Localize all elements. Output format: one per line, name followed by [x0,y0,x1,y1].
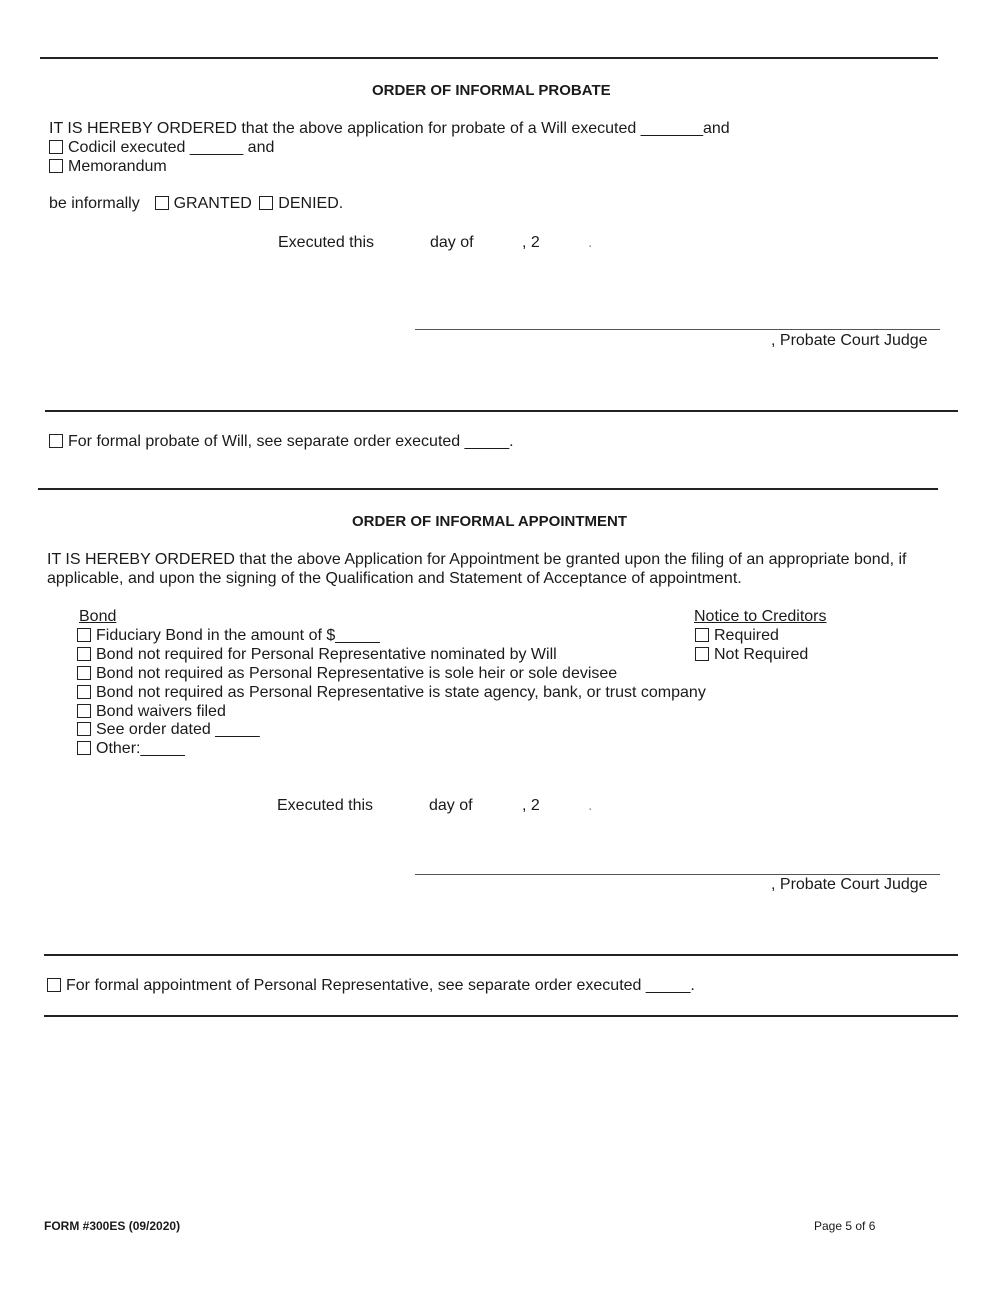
memorandum-option[interactable]: Memorandum [49,158,167,176]
granted-checkbox[interactable] [155,196,169,210]
bottom-divider [44,1015,958,1017]
formal-probate-checkbox[interactable] [49,434,63,448]
appointment-divider [44,954,958,956]
formal-probate-label: For formal probate of Will, see separate… [68,433,514,450]
bond-checkbox[interactable] [77,722,91,736]
formal-appointment-option[interactable]: For formal appointment of Personal Repre… [47,977,695,995]
appointment-year-prefix: , 2 [522,797,540,815]
probate-section-title: ORDER OF INFORMAL PROBATE [372,82,611,99]
notice-option[interactable]: Required [695,627,779,645]
appointment-period: . [588,797,592,815]
notice-option-label: Not Required [714,646,808,663]
top-divider [40,57,938,59]
page-number: Page 5 of 6 [814,1219,875,1233]
bond-option-label: Other:_____ [96,740,185,757]
bond-heading: Bond [79,608,116,626]
formal-appointment-checkbox[interactable] [47,978,61,992]
appointment-ordered-line-2: applicable, and upon the signing of the … [47,570,742,588]
bond-option-label: Bond not required for Personal Represent… [96,646,557,663]
bond-option[interactable]: Bond not required as Personal Representa… [77,665,617,683]
section-divider [38,488,938,490]
notice-option-label: Required [714,627,779,644]
codicil-option[interactable]: Codicil executed ______ and [49,139,274,157]
bond-option[interactable]: Other:_____ [77,740,185,758]
granted-label: GRANTED [174,195,252,212]
be-informally-label: be informally [49,195,140,212]
appointment-section-title: ORDER OF INFORMAL APPOINTMENT [352,513,627,530]
probate-executed-this: Executed this [278,234,374,252]
probate-year-prefix: , 2 [522,234,540,252]
denied-checkbox[interactable] [259,196,273,210]
probate-period: . [588,234,592,252]
bond-option-label: Bond not required as Personal Representa… [96,665,617,682]
codicil-label: Codicil executed ______ and [68,139,274,156]
memorandum-label: Memorandum [68,158,167,175]
notice-option[interactable]: Not Required [695,646,808,664]
denied-label: DENIED. [278,195,343,212]
bond-checkbox[interactable] [77,704,91,718]
bond-checkbox[interactable] [77,666,91,680]
bond-checkbox[interactable] [77,685,91,699]
bond-option[interactable]: Fiduciary Bond in the amount of $_____ [77,627,380,645]
probate-divider [45,410,958,412]
bond-checkbox[interactable] [77,628,91,642]
bond-option[interactable]: Bond not required for Personal Represent… [77,646,557,664]
probate-judge-label: , Probate Court Judge [771,332,928,350]
appointment-judge-label: , Probate Court Judge [771,876,928,894]
probate-decision-line: be informally GRANTED DENIED. [49,195,343,213]
appointment-day-of: day of [429,797,473,815]
bond-option[interactable]: Bond not required as Personal Representa… [77,684,706,702]
appointment-executed-this: Executed this [277,797,373,815]
bond-option-label: Bond not required as Personal Representa… [96,684,706,701]
codicil-checkbox[interactable] [49,140,63,154]
notice-heading: Notice to Creditors [694,608,827,626]
bond-option-label: See order dated _____ [96,721,260,738]
bond-option[interactable]: See order dated _____ [77,721,260,739]
appointment-judge-signature-line[interactable] [415,874,940,875]
notice-checkbox[interactable] [695,647,709,661]
formal-appointment-label: For formal appointment of Personal Repre… [66,977,695,994]
notice-checkbox[interactable] [695,628,709,642]
bond-option-label: Bond waivers filed [96,703,226,720]
bond-option[interactable]: Bond waivers filed [77,703,226,721]
appointment-ordered-line-1: IT IS HEREBY ORDERED that the above Appl… [47,551,907,569]
bond-checkbox[interactable] [77,647,91,661]
bond-option-label: Fiduciary Bond in the amount of $_____ [96,627,380,644]
probate-ordered-line: IT IS HEREBY ORDERED that the above appl… [49,120,730,138]
form-id: FORM #300ES (09/2020) [44,1219,180,1233]
bond-checkbox[interactable] [77,741,91,755]
memorandum-checkbox[interactable] [49,159,63,173]
probate-day-of: day of [430,234,474,252]
probate-judge-signature-line[interactable] [415,329,940,330]
formal-probate-option[interactable]: For formal probate of Will, see separate… [49,433,514,451]
